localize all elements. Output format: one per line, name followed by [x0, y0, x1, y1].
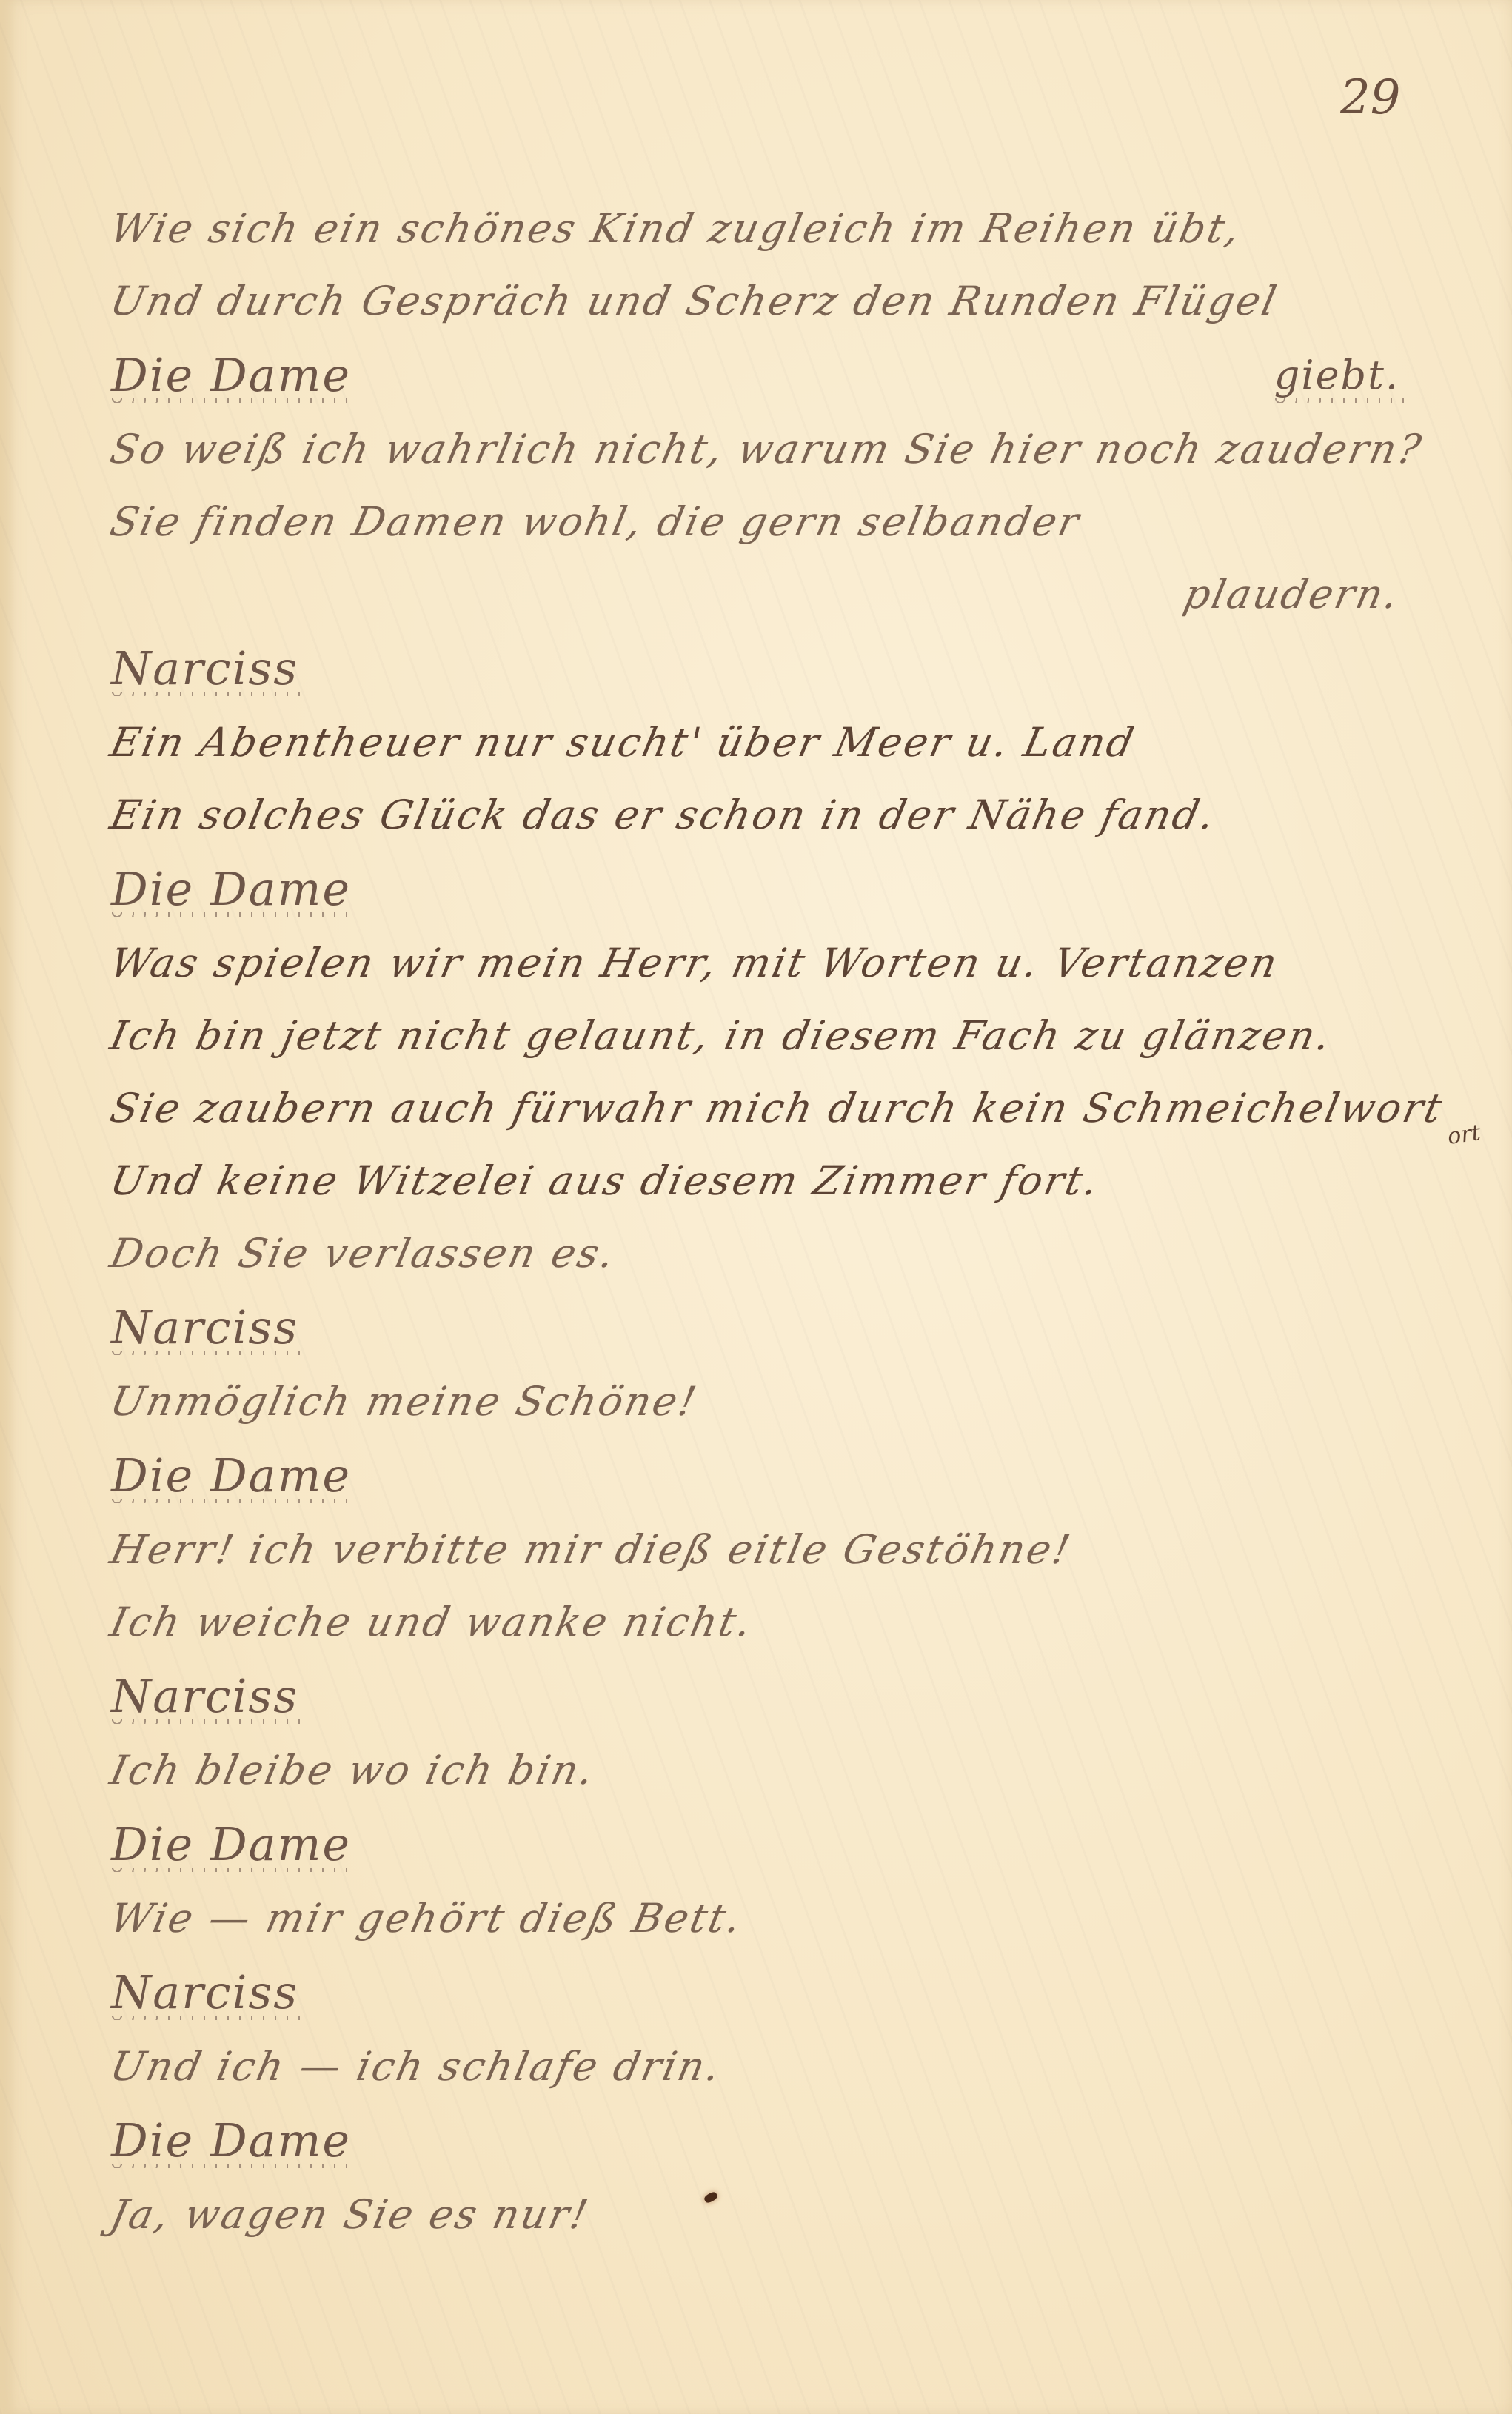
- verse-continuation: plaudern.: [104, 558, 1467, 631]
- speaker-heading-row: Narciss: [111, 1290, 1459, 1365]
- speaker-heading-row: Die Dame: [111, 852, 1459, 927]
- verse-line: Was spielen wir mein Herr, mit Worten u.…: [104, 927, 1467, 1000]
- speaker-die-dame: Die Dame: [111, 1438, 351, 1514]
- verse-line: Ich weiche und wanke nicht.: [104, 1586, 1467, 1659]
- verse-line: Sie finden Damen wohl, die gern selbande…: [104, 486, 1467, 558]
- verse-line: Unmöglich meine Schöne!: [104, 1365, 1467, 1438]
- verse-line: Herr! ich verbitte mir dieß eitle Gestöh…: [104, 1514, 1467, 1586]
- margin-correction-note: ort: [1446, 1120, 1482, 1150]
- verse-line: So weiß ich wahrlich nicht, warum Sie hi…: [104, 413, 1467, 486]
- speaker-heading-row: Die Dame: [111, 1807, 1459, 1882]
- speaker-heading-row: Die Dame: [111, 2103, 1459, 2179]
- verse-line: Ein solches Glück das er schon in der Nä…: [104, 779, 1467, 852]
- speaker-die-dame: Die Dame: [111, 2103, 351, 2179]
- page-number: 29: [1340, 70, 1400, 125]
- line-continuation: giebt.: [1274, 338, 1399, 413]
- speaker-narciss: Narciss: [111, 1659, 298, 1734]
- speaker-heading-row: Die Dame giebt.: [111, 338, 1459, 413]
- verse-line: Sie zaubern auch fürwahr mich durch kein…: [104, 1072, 1467, 1145]
- verse-line: Ich bleibe wo ich bin.: [104, 1734, 1467, 1807]
- verse-line: Ja, wagen Sie es nur!: [104, 2179, 1467, 2251]
- verse-line: Und keine Witzelei aus diesem Zimmer for…: [104, 1145, 1467, 1217]
- verse-line: Wie — mir gehört dieß Bett.: [104, 1882, 1467, 1955]
- verse-line: Ich bin jetzt nicht gelaunt, in diesem F…: [104, 1000, 1467, 1072]
- speaker-heading-row: Die Dame: [111, 1438, 1459, 1514]
- verse-line: Ein Abentheuer nur sucht' über Meer u. L…: [104, 706, 1467, 779]
- verse-line: Und ich — ich schlafe drin.: [104, 2030, 1467, 2103]
- verse-line: Doch Sie verlassen es.: [104, 1217, 1467, 1290]
- manuscript-page: 29 Wie sich ein schönes Kind zugleich im…: [0, 0, 1512, 2414]
- speaker-die-dame: Die Dame: [111, 852, 351, 927]
- verse-line: Und durch Gespräch und Scherz den Runden…: [104, 265, 1467, 338]
- speaker-heading-row: Narciss: [111, 631, 1459, 706]
- manuscript-text: Wie sich ein schönes Kind zugleich im Re…: [111, 193, 1459, 2251]
- speaker-heading-row: Narciss: [111, 1659, 1459, 1734]
- speaker-narciss: Narciss: [111, 1290, 298, 1365]
- page-gutter-shadow: [0, 0, 16, 2414]
- speaker-die-dame: Die Dame: [111, 338, 351, 413]
- speaker-heading-row: Narciss: [111, 1955, 1459, 2030]
- speaker-die-dame: Die Dame: [111, 1807, 351, 1882]
- verse-line: Wie sich ein schönes Kind zugleich im Re…: [104, 193, 1467, 265]
- speaker-narciss: Narciss: [111, 1955, 298, 2030]
- speaker-narciss: Narciss: [111, 631, 298, 706]
